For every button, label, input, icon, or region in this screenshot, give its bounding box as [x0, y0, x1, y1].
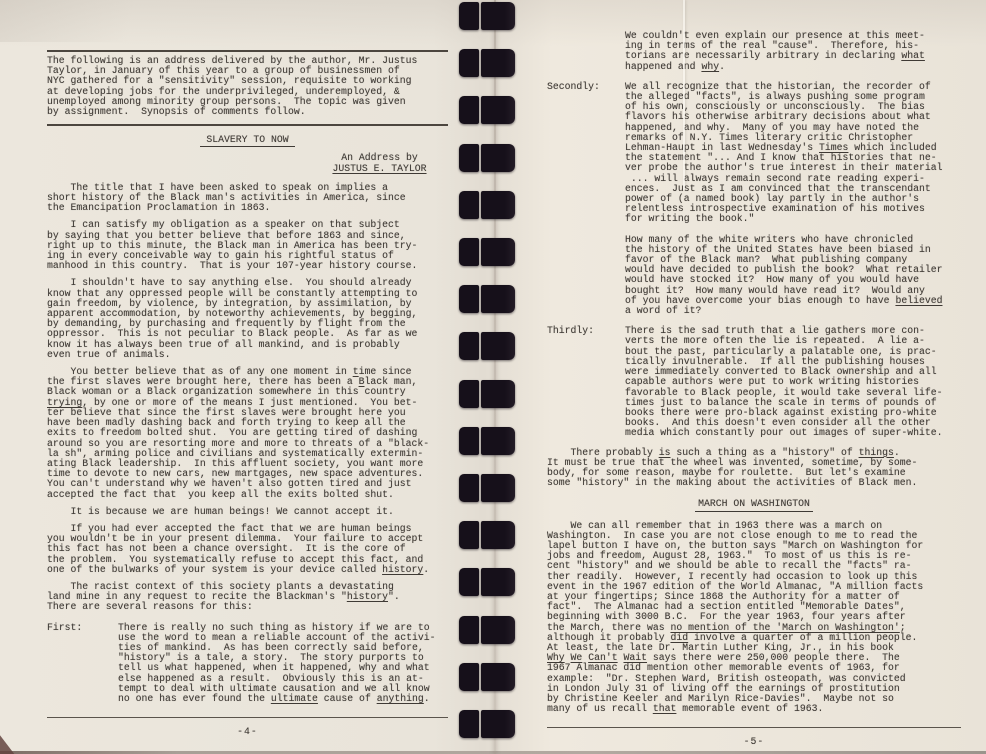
binding-comb-right-lobe: [481, 568, 515, 596]
binding-comb-right-lobe: [481, 474, 515, 502]
section-title-march: MARCH ON WASHINGTON: [547, 499, 961, 511]
list-item-first: First: There is really no such thing as …: [47, 623, 448, 705]
list-item-thirdly: Thirdly: There is the sad truth that a l…: [547, 326, 961, 438]
byline: An Address by JUSTUS E. TAYLOR: [311, 153, 448, 173]
binding-comb-left-lobe: [459, 49, 479, 77]
binding-comb-right-lobe: [481, 285, 515, 313]
binding-comb-right-lobe: [481, 144, 515, 172]
list-item-secondly: Secondly: We all recognize that the hist…: [547, 82, 961, 225]
paragraph: The racist context of this society plant…: [47, 582, 448, 613]
binding-comb-right-lobe: [481, 238, 515, 266]
binding-comb-right-lobe: [481, 380, 515, 408]
footer-rule: [547, 727, 961, 728]
spiral-binding: [459, 0, 515, 754]
list-item-unlabeled: How many of the white writers who have c…: [547, 235, 961, 317]
binding-comb: [459, 2, 515, 30]
binding-comb: [459, 710, 515, 738]
binding-comb-left-lobe: [459, 96, 479, 124]
binding-comb-left-lobe: [459, 521, 479, 549]
binding-comb: [459, 521, 515, 549]
footer-rule: [47, 717, 448, 718]
page-number-left: -4-: [47, 727, 448, 737]
binding-comb: [459, 663, 515, 691]
continuation-paragraph: We couldn't even explain our presence at…: [625, 31, 961, 72]
list-item-label: First:: [47, 623, 118, 705]
binding-comb-right-lobe: [481, 191, 515, 219]
binding-comb-left-lobe: [459, 380, 479, 408]
binding-comb-left-lobe: [459, 616, 479, 644]
binding-comb-left-lobe: [459, 285, 479, 313]
binding-comb: [459, 474, 515, 502]
binding-comb-left-lobe: [459, 191, 479, 219]
paragraph: It is because we are human beings! We ca…: [47, 507, 448, 517]
list-item-body: How many of the white writers who have c…: [625, 235, 961, 317]
binding-comb: [459, 616, 515, 644]
list-item-body: There is really no such thing as history…: [118, 623, 448, 705]
binding-comb-left-lobe: [459, 144, 479, 172]
binding-comb: [459, 332, 515, 360]
binding-comb-right-lobe: [481, 427, 515, 455]
binding-comb: [459, 96, 515, 124]
paragraph: I shouldn't have to say anything else. Y…: [47, 278, 448, 360]
binding-comb: [459, 427, 515, 455]
binding-comb-left-lobe: [459, 663, 479, 691]
binding-comb-left-lobe: [459, 427, 479, 455]
paragraph: I can satisfy my obligation as a speaker…: [47, 220, 448, 271]
binding-comb-right-lobe: [481, 663, 515, 691]
corner-cover-wedge: [0, 720, 26, 754]
byline-author: JUSTUS E. TAYLOR: [311, 164, 448, 174]
list-item-body: We all recognize that the historian, the…: [625, 82, 961, 225]
document-title: SLAVERY TO NOW: [47, 135, 448, 147]
binding-comb-right-lobe: [481, 710, 515, 738]
binding-comb-right-lobe: [481, 2, 515, 30]
binding-comb: [459, 285, 515, 313]
page-number-right: -5-: [547, 737, 961, 747]
page-curl-shadow: [0, 0, 200, 42]
binding-comb-right-lobe: [481, 616, 515, 644]
binding-comb-right-lobe: [481, 521, 515, 549]
scanned-booklet-spread: The following is an address delivered by…: [0, 0, 986, 754]
list-item-body: There is the sad truth that a lie gather…: [625, 326, 961, 438]
paragraph: There probably is such a thing as a "his…: [547, 448, 961, 489]
paragraph: We can all remember that in 1963 there w…: [547, 521, 961, 715]
left-page: The following is an address delivered by…: [47, 50, 448, 737]
list-item-label: Secondly:: [547, 82, 625, 225]
binding-comb: [459, 238, 515, 266]
binding-comb: [459, 49, 515, 77]
binding-comb-left-lobe: [459, 332, 479, 360]
binding-comb-right-lobe: [481, 96, 515, 124]
binding-comb-right-lobe: [481, 49, 515, 77]
right-page: We couldn't even explain our presence at…: [547, 31, 961, 748]
binding-comb: [459, 191, 515, 219]
paragraph: The title that I have been asked to spea…: [47, 183, 448, 214]
paragraph: If you had ever accepted the fact that w…: [47, 524, 448, 575]
binding-comb: [459, 568, 515, 596]
binding-comb: [459, 380, 515, 408]
list-item-label: Thirdly:: [547, 326, 625, 438]
binding-comb-left-lobe: [459, 568, 479, 596]
binding-comb-left-lobe: [459, 2, 479, 30]
binding-comb-left-lobe: [459, 238, 479, 266]
binding-comb-right-lobe: [481, 332, 515, 360]
binding-comb: [459, 144, 515, 172]
binding-comb-left-lobe: [459, 710, 479, 738]
list-item-label: [547, 235, 625, 317]
intro-note: The following is an address delivered by…: [47, 50, 448, 126]
paragraph: You better believe that as of any one mo…: [47, 367, 448, 500]
binding-comb-left-lobe: [459, 474, 479, 502]
